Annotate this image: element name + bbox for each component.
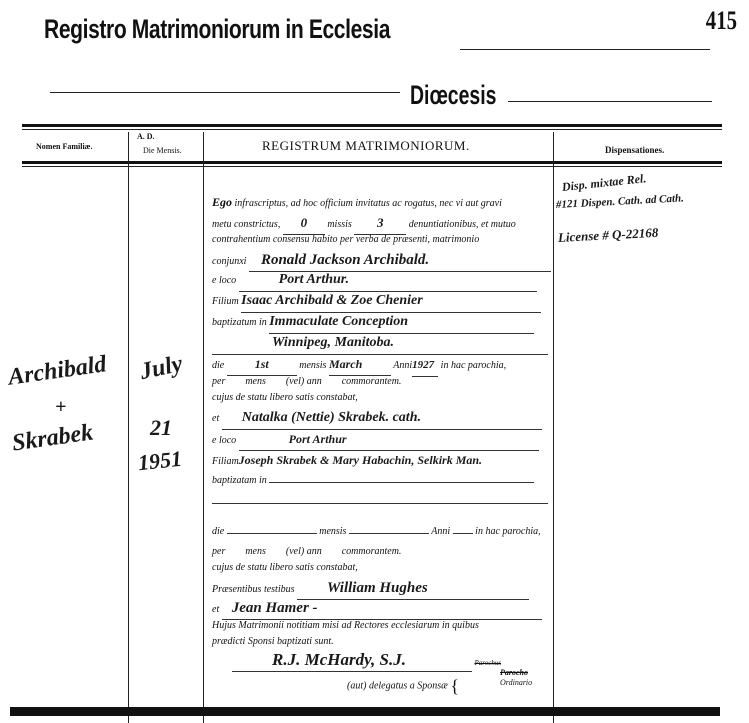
form-line-23: prædicti Sponsi baptizati sunt. <box>212 636 334 647</box>
marriage-month: July <box>138 351 185 386</box>
col-ad: A. D. <box>137 132 155 141</box>
plus-sign: + <box>55 396 66 419</box>
form-line-2c: denuntiationibus, et mutuo <box>409 219 516 230</box>
form-label-die: die <box>212 360 224 371</box>
groom-place: Port Arthur. <box>239 270 537 292</box>
form-line-11: cujus de statu libero satis constabat, <box>212 392 358 403</box>
form-label-conjunxi: conjunxi <box>212 256 246 267</box>
col-divider-3 <box>553 132 554 723</box>
form-line-19: cujus de statu libero satis constabat, <box>212 562 358 573</box>
form-line-2b: missis <box>327 219 351 230</box>
col-register: REGISTRUM MATRIMONIORUM. <box>262 138 470 154</box>
form-label-et-2: et <box>212 604 219 615</box>
groom-baptism-year: 1927 <box>412 355 438 377</box>
groom-baptism-church: Immaculate Conception <box>269 312 534 334</box>
form-line-18: per mens (vel) ann commorantem. <box>212 546 401 557</box>
witness-1: William Hughes <box>297 578 529 600</box>
form-line-17-end: in hac parochia, <box>475 526 540 537</box>
bride-baptism-day <box>227 533 317 534</box>
delegatus-label: (aut) delegatus a Sponsæ <box>347 681 448 692</box>
marriage-year: 1951 <box>137 446 183 476</box>
option-parocho: Parocho <box>500 668 532 678</box>
register-title: Registro Matrimoniorum in Ecclesia <box>44 14 390 45</box>
page-number: 415 <box>706 6 737 36</box>
diocese-label: Diœcesis <box>410 80 496 111</box>
license-number: License # Q-22168 <box>558 225 659 246</box>
brace: { <box>450 676 459 696</box>
form-line-9-end: in hac parochia, <box>441 360 506 371</box>
groom-parents: Isaac Archibald & Zoe Chenier <box>241 291 541 313</box>
form-label-anni: Anni <box>393 360 412 371</box>
header-bottom-rule-2 <box>22 166 722 167</box>
family-name-1: Archibald <box>7 351 108 391</box>
form-label-filium: Filium <box>212 296 239 307</box>
form-label-testibus: Præsentibus testibus <box>212 584 295 595</box>
col-divider-1 <box>128 132 129 723</box>
bride-place: Port Arthur <box>239 429 539 451</box>
bride-name: Natalka (Nettie) Skrabek. cath. <box>222 408 542 430</box>
header-top-rule-2 <box>22 129 722 130</box>
form-label-e-loco: e loco <box>212 275 236 286</box>
col-family-name: Nomen Familiæ. <box>36 142 92 151</box>
marriage-day: 21 <box>150 415 172 441</box>
bride-baptism-year <box>453 533 473 534</box>
dispensation-line-1: Disp. mixtae Rel. <box>561 171 647 195</box>
form-ego: Ego <box>212 195 232 209</box>
register-form: Ego infrascriptus, ad hoc officium invit… <box>212 192 548 692</box>
bottom-rule <box>10 707 720 716</box>
bride-baptism-month <box>349 533 429 534</box>
form-line-10: per mens (vel) ann commorantem. <box>212 376 401 387</box>
dispensation-line-2: #121 Dispen. Cath. ad Cath. <box>556 192 685 211</box>
form-label-e-loco-2: e loco <box>212 435 236 446</box>
bride-baptism-church <box>269 482 534 483</box>
officiant-signature: R.J. McHardy, S.J. <box>232 650 472 672</box>
diocese-line-left <box>50 92 400 93</box>
form-label-anni-2: Anni <box>431 526 450 537</box>
parochus-label: Parochus <box>475 659 502 667</box>
church-name-line <box>460 49 710 50</box>
form-line-3: contrahentium consensu habito per verba … <box>212 234 479 245</box>
col-date: Die Mensis. <box>143 146 182 155</box>
bride-baptism-place <box>212 503 548 504</box>
col-dispensations: Dispensationes. <box>605 145 664 155</box>
header-top-rule <box>22 124 722 127</box>
form-label-baptizatam: baptizatam in <box>212 475 267 486</box>
family-name-2: Skrabek <box>11 419 95 457</box>
form-line-1: infrascriptus, ad hoc officium invitatus… <box>235 198 502 209</box>
header-bottom-rule <box>22 161 722 164</box>
form-line-22: Hujus Matrimonii notitiam misi ad Rector… <box>212 620 479 631</box>
diocese-line-right <box>508 101 712 102</box>
form-label-filiam: Filiam <box>212 456 239 467</box>
form-label-baptizatum: baptizatum in <box>212 317 267 328</box>
col-divider-2 <box>203 132 204 723</box>
form-label-mensis: mensis <box>299 360 326 371</box>
form-label-die-2: die <box>212 526 224 537</box>
form-label-mensis-2: mensis <box>319 526 346 537</box>
groom-name: Ronald Jackson Archibald. <box>249 250 551 272</box>
bride-parents: Joseph Skrabek & Mary Habachin, Selkirk … <box>239 453 482 467</box>
groom-baptism-place: Winnipeg, Manitoba. <box>212 333 548 355</box>
option-ordinario: Ordinario <box>500 678 532 688</box>
form-line-2a: metu constrictus, <box>212 219 280 230</box>
form-label-et: et <box>212 413 219 424</box>
